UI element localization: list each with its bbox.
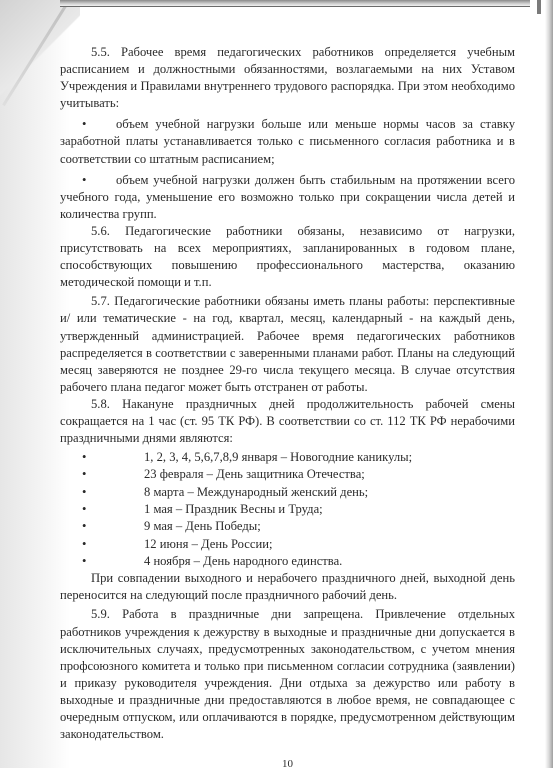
bullet-icon: •: [82, 518, 86, 535]
document-page: 5.5. Рабочее время педагогических работн…: [60, 44, 515, 743]
holiday-list: • 1, 2, 3, 4, 5,6,7,8,9 января – Новогод…: [60, 449, 515, 570]
section-5-7: 5.7. Педагогические работники обязаны им…: [60, 293, 515, 396]
section-5-8: 5.8. Накануне праздничных дней продолжит…: [60, 396, 515, 447]
section-5-5: 5.5. Рабочее время педагогических работн…: [60, 44, 515, 112]
bullet-icon: •: [82, 501, 86, 518]
bullet-item: •объем учебной нагрузки больше или меньш…: [60, 116, 515, 167]
holiday-text: 1, 2, 3, 4, 5,6,7,8,9 января – Новогодни…: [144, 449, 412, 466]
scan-top-edge: [60, 0, 530, 7]
scan-shadow-right: [545, 0, 553, 768]
bullet-item: •объем учебной нагрузки должен быть стаб…: [60, 172, 515, 223]
holiday-item: • 23 февраля – День защитника Отечества;: [60, 466, 515, 483]
holiday-text: 4 ноября – День народного единства.: [144, 553, 342, 570]
holiday-text: 1 мая – Праздник Весны и Труда;: [144, 501, 323, 518]
bullet-text: объем учебной нагрузки больше или меньше…: [60, 117, 515, 165]
page-number: 10: [60, 756, 515, 768]
scan-top-right-corner: [537, 0, 541, 14]
bullet-icon: •: [60, 172, 116, 189]
holiday-text: 23 февраля – День защитника Отечества;: [144, 466, 365, 483]
bullet-icon: •: [82, 553, 86, 570]
bullet-icon: •: [82, 536, 86, 553]
holiday-text: 9 мая – День Победы;: [144, 518, 261, 535]
bullet-icon: •: [82, 466, 86, 483]
bullet-icon: •: [82, 449, 86, 466]
holiday-text: 12 июня – День России;: [144, 536, 272, 553]
section-5-9: 5.9. Работа в праздничные дни запрещена.…: [60, 606, 515, 743]
holiday-transfer-note: При совпадении выходного и нерабочего пр…: [60, 570, 515, 604]
section-5-6: 5.6. Педагогические работники обязаны, н…: [60, 223, 515, 291]
holiday-item: • 12 июня – День России;: [60, 536, 515, 553]
bullet-icon: •: [82, 484, 86, 501]
holiday-item: • 4 ноября – День народного единства.: [60, 553, 515, 570]
holiday-item: • 8 марта – Международный женский день;: [60, 484, 515, 501]
holiday-item: • 1, 2, 3, 4, 5,6,7,8,9 января – Новогод…: [60, 449, 515, 466]
holiday-item: • 9 мая – День Победы;: [60, 518, 515, 535]
holiday-text: 8 марта – Международный женский день;: [144, 484, 368, 501]
holiday-item: • 1 мая – Праздник Весны и Труда;: [60, 501, 515, 518]
bullet-text: объем учебной нагрузки должен быть стаби…: [60, 173, 515, 221]
bullet-icon: •: [60, 116, 116, 133]
